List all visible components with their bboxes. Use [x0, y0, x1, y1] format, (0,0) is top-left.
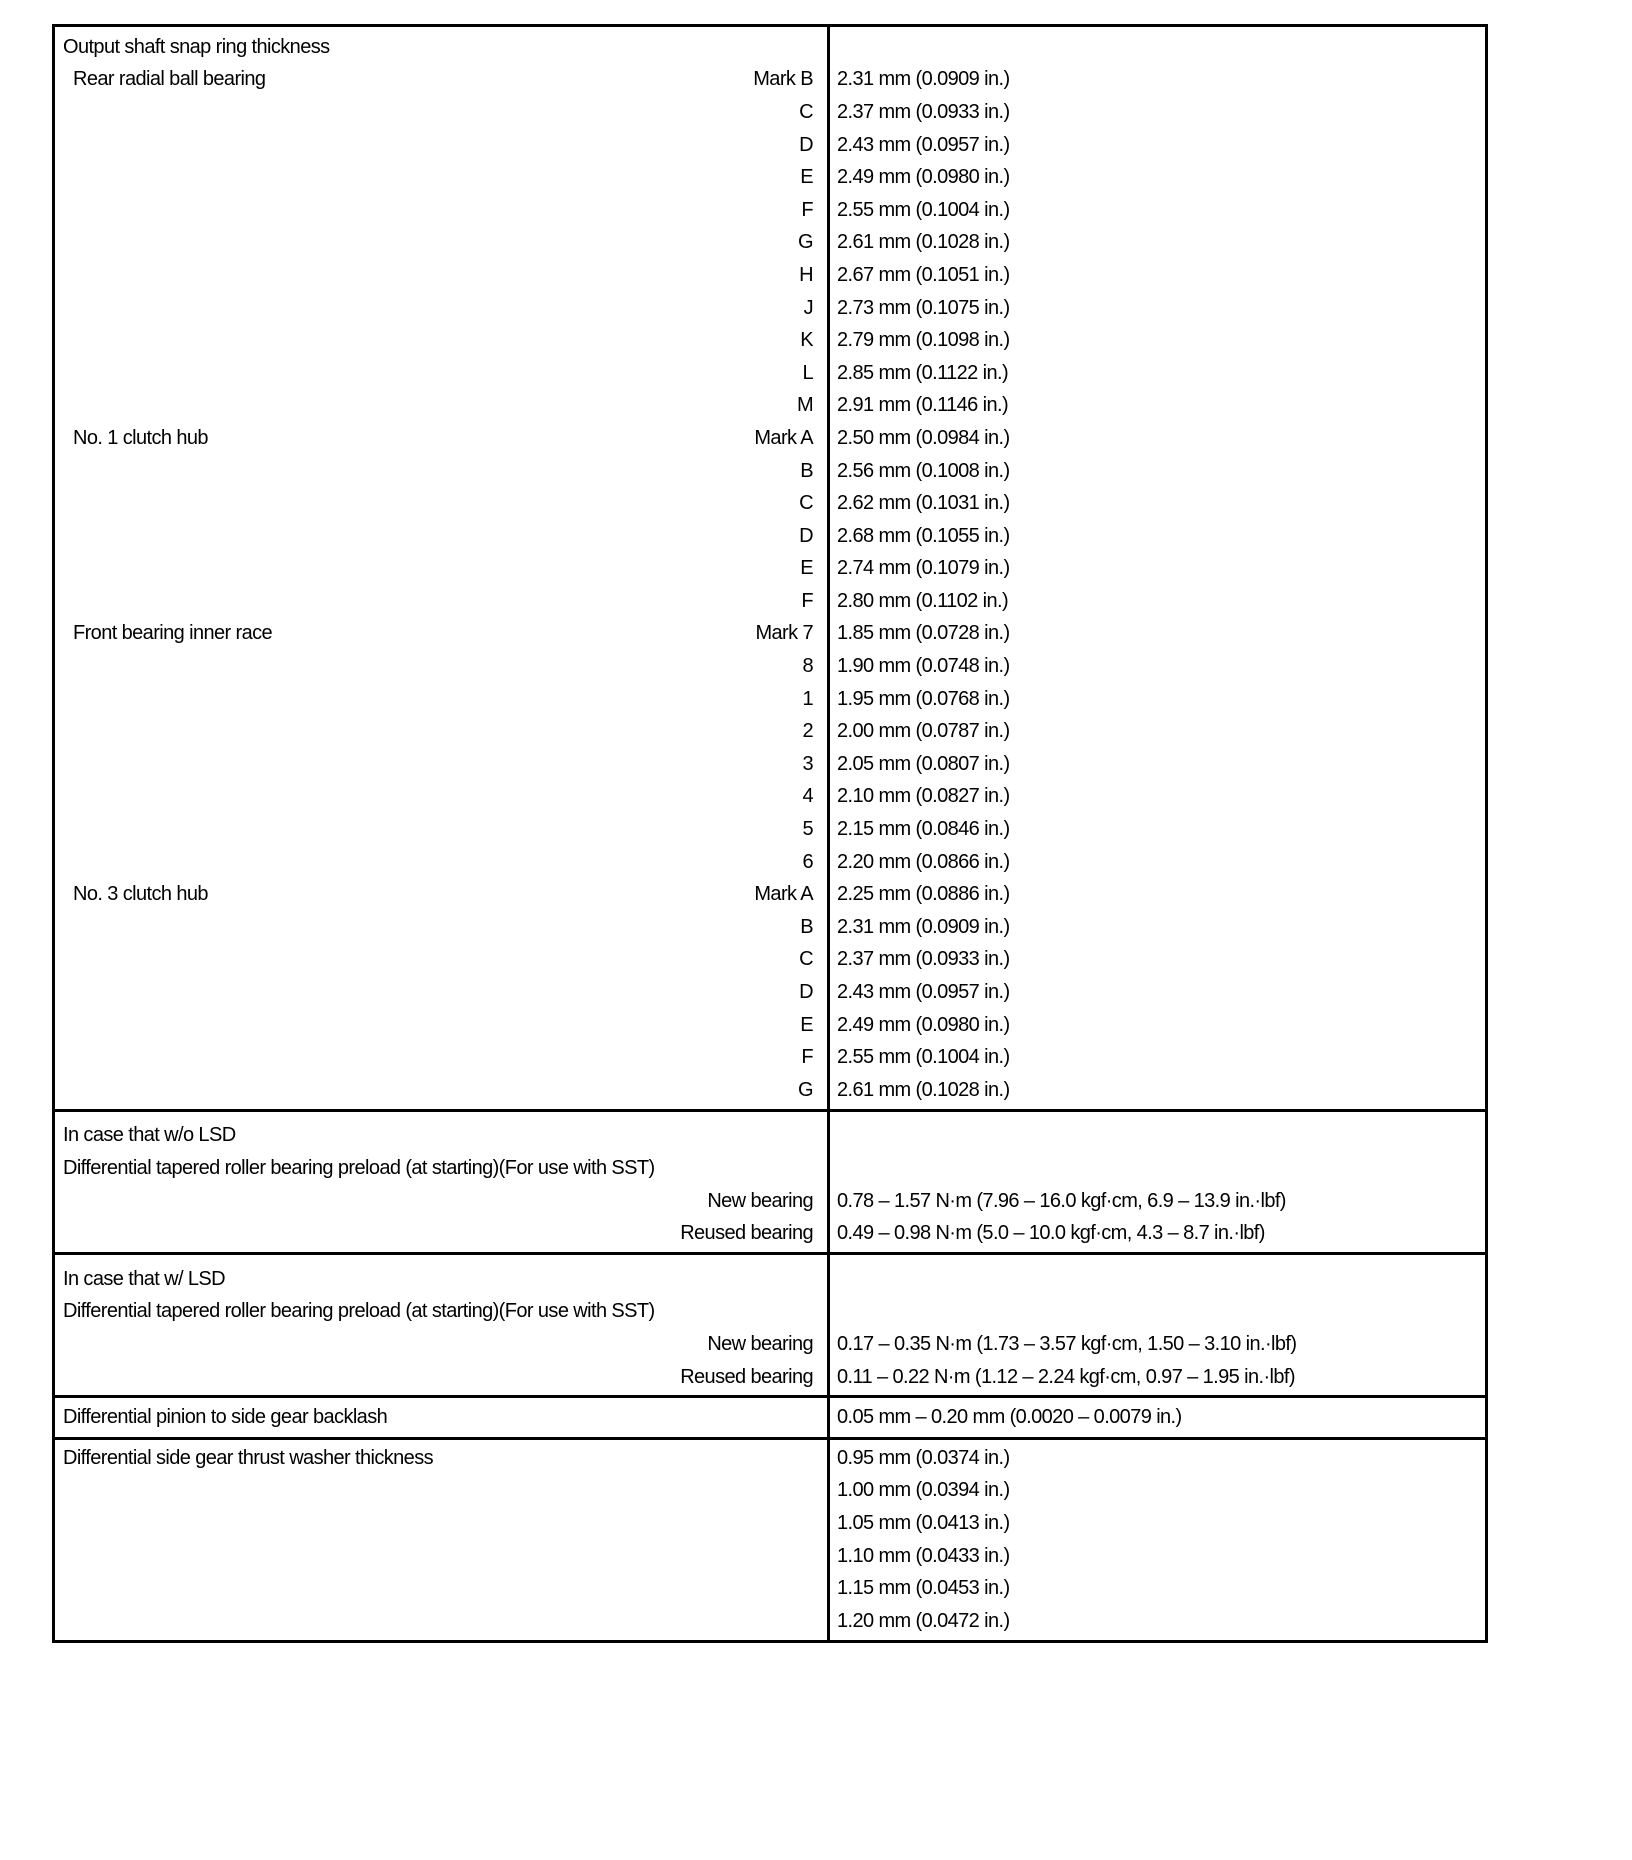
spec-item-cell: F	[55, 199, 827, 222]
table-row: 1.15 mm (0.0453 in.)	[55, 1572, 1485, 1605]
spec-mark: Mark 7	[755, 622, 813, 645]
spec-item-cell: Rear radial ball bearingMark B	[55, 68, 827, 91]
spec-mark: D	[799, 525, 813, 548]
spec-mark: Mark A	[754, 427, 813, 450]
table-row: Differential tapered roller bearing prel…	[55, 1152, 1485, 1185]
section-output-shaft-snap-ring: Output shaft snap ring thicknessRear rad…	[55, 27, 1485, 1109]
spec-item-cell: New bearing	[55, 1333, 827, 1356]
table-row: F2.80 mm (0.1102 in.)	[55, 585, 1485, 618]
table-row: G2.61 mm (0.1028 in.)	[55, 1074, 1485, 1107]
table-row: 1.00 mm (0.0394 in.)	[55, 1475, 1485, 1508]
spec-value: 1.05 mm (0.0413 in.)	[827, 1512, 1485, 1535]
spec-item-cell: M	[55, 394, 827, 417]
table-row: 1.20 mm (0.0472 in.)	[55, 1605, 1485, 1638]
spec-value: 2.91 mm (0.1146 in.)	[827, 394, 1485, 417]
section-preload-without-lsd: In case that w/o LSDDifferential tapered…	[55, 1109, 1485, 1252]
spec-item-cell: In case that w/o LSD	[55, 1124, 827, 1147]
spec-item-cell: E	[55, 557, 827, 580]
spec-value: 0.95 mm (0.0374 in.)	[827, 1447, 1485, 1470]
spec-value: 2.61 mm (0.1028 in.)	[827, 1079, 1485, 1102]
spec-item-cell: 5	[55, 818, 827, 841]
spec-item-cell: In case that w/ LSD	[55, 1268, 827, 1291]
spec-mark: E	[800, 557, 813, 580]
spec-value: 2.49 mm (0.0980 in.)	[827, 1014, 1485, 1037]
spec-item-cell: Output shaft snap ring thickness	[55, 36, 827, 59]
spec-mark: Mark B	[753, 68, 813, 91]
table-row: 62.20 mm (0.0866 in.)	[55, 846, 1485, 879]
spec-mark: Mark A	[754, 883, 813, 906]
section-preload-with-lsd: In case that w/ LSDDifferential tapered …	[55, 1252, 1485, 1395]
spec-mark: D	[799, 981, 813, 1004]
table-row: G2.61 mm (0.1028 in.)	[55, 227, 1485, 260]
spec-item-label: Rear radial ball bearing	[63, 68, 753, 91]
table-row: B2.56 mm (0.1008 in.)	[55, 455, 1485, 488]
spec-mark: 2	[802, 720, 813, 743]
spec-item-cell: C	[55, 948, 827, 971]
spec-value: 2.80 mm (0.1102 in.)	[827, 590, 1485, 613]
spec-value: 2.20 mm (0.0866 in.)	[827, 851, 1485, 874]
spec-value: 2.55 mm (0.1004 in.)	[827, 199, 1485, 222]
spec-value: 1.85 mm (0.0728 in.)	[827, 622, 1485, 645]
table-row: 52.15 mm (0.0846 in.)	[55, 813, 1485, 846]
spec-item-cell: New bearing	[55, 1190, 827, 1213]
spec-item-cell: B	[55, 916, 827, 939]
spec-item-label: Differential side gear thrust washer thi…	[63, 1447, 813, 1470]
spec-mark: F	[801, 1046, 813, 1069]
spec-value: 0.11 – 0.22 N·m (1.12 – 2.24 kgf·cm, 0.9…	[827, 1366, 1485, 1389]
table-row: D2.43 mm (0.0957 in.)	[55, 976, 1485, 1009]
spec-mark: 6	[802, 851, 813, 874]
spec-mark: E	[800, 1014, 813, 1037]
spec-item-cell: Front bearing inner raceMark 7	[55, 622, 827, 645]
spec-value: 1.10 mm (0.0433 in.)	[827, 1545, 1485, 1568]
table-row: Front bearing inner raceMark 71.85 mm (0…	[55, 618, 1485, 651]
table-row: E2.49 mm (0.0980 in.)	[55, 161, 1485, 194]
spec-value: 0.78 – 1.57 N·m (7.96 – 16.0 kgf·cm, 6.9…	[827, 1190, 1485, 1213]
spec-mark: G	[798, 1079, 813, 1102]
table-row: Reused bearing0.49 – 0.98 N·m (5.0 – 10.…	[55, 1217, 1485, 1250]
spec-value: 2.50 mm (0.0984 in.)	[827, 427, 1485, 450]
spec-value: 2.31 mm (0.0909 in.)	[827, 916, 1485, 939]
spec-item-cell: D	[55, 981, 827, 1004]
spec-item-cell: 8	[55, 655, 827, 678]
spec-mark: 8	[802, 655, 813, 678]
spec-value: 1.95 mm (0.0768 in.)	[827, 688, 1485, 711]
table-row: 1.05 mm (0.0413 in.)	[55, 1507, 1485, 1540]
spec-item-cell: C	[55, 101, 827, 124]
spec-mark: 3	[802, 753, 813, 776]
spec-value: 2.74 mm (0.1079 in.)	[827, 557, 1485, 580]
spec-mark: Reused bearing	[680, 1366, 813, 1389]
spec-item-label: Differential tapered roller bearing prel…	[63, 1300, 813, 1323]
spec-item-cell: 6	[55, 851, 827, 874]
spec-item-cell: F	[55, 1046, 827, 1069]
spec-item-cell: G	[55, 1079, 827, 1102]
table-row: J2.73 mm (0.1075 in.)	[55, 292, 1485, 325]
table-row: K2.79 mm (0.1098 in.)	[55, 324, 1485, 357]
spec-value: 2.62 mm (0.1031 in.)	[827, 492, 1485, 515]
spec-value: 2.49 mm (0.0980 in.)	[827, 166, 1485, 189]
spec-mark: L	[802, 362, 813, 385]
table-row: No. 3 clutch hubMark A2.25 mm (0.0886 in…	[55, 878, 1485, 911]
spec-mark: B	[800, 916, 813, 939]
spec-mark: F	[801, 199, 813, 222]
spec-value: 2.55 mm (0.1004 in.)	[827, 1046, 1485, 1069]
spec-item-cell: No. 3 clutch hubMark A	[55, 883, 827, 906]
spec-item-label: Differential pinion to side gear backlas…	[63, 1406, 813, 1429]
table-row: 1.10 mm (0.0433 in.)	[55, 1540, 1485, 1573]
spec-mark: K	[800, 329, 813, 352]
section-pinion-backlash: Differential pinion to side gear backlas…	[55, 1395, 1485, 1437]
table-row: Reused bearing0.11 – 0.22 N·m (1.12 – 2.…	[55, 1361, 1485, 1394]
spec-mark: C	[799, 101, 813, 124]
table-row: B2.31 mm (0.0909 in.)	[55, 911, 1485, 944]
spec-item-cell: 3	[55, 753, 827, 776]
spec-item-cell: Differential tapered roller bearing prel…	[55, 1300, 827, 1323]
spec-item-cell: Differential tapered roller bearing prel…	[55, 1157, 827, 1180]
spec-value: 0.49 – 0.98 N·m (5.0 – 10.0 kgf·cm, 4.3 …	[827, 1222, 1485, 1245]
table-row: 22.00 mm (0.0787 in.)	[55, 715, 1485, 748]
table-row: 32.05 mm (0.0807 in.)	[55, 748, 1485, 781]
table-row: F2.55 mm (0.1004 in.)	[55, 194, 1485, 227]
spec-item-label: Output shaft snap ring thickness	[63, 36, 813, 59]
spec-item-cell: Reused bearing	[55, 1366, 827, 1389]
spec-item-label: In case that w/o LSD	[63, 1124, 813, 1147]
spec-mark: 1	[802, 688, 813, 711]
spec-value: 2.79 mm (0.1098 in.)	[827, 329, 1485, 352]
spec-value: 2.43 mm (0.0957 in.)	[827, 981, 1485, 1004]
table-row: F2.55 mm (0.1004 in.)	[55, 1041, 1485, 1074]
table-row: Output shaft snap ring thickness	[55, 31, 1485, 64]
table-row: E2.74 mm (0.1079 in.)	[55, 553, 1485, 586]
spec-mark: D	[799, 134, 813, 157]
spec-value: 2.43 mm (0.0957 in.)	[827, 134, 1485, 157]
spec-item-cell: G	[55, 231, 827, 254]
spec-mark: F	[801, 590, 813, 613]
table-row: Differential tapered roller bearing prel…	[55, 1296, 1485, 1329]
spec-value: 0.17 – 0.35 N·m (1.73 – 3.57 kgf·cm, 1.5…	[827, 1333, 1485, 1356]
table-row: L2.85 mm (0.1122 in.)	[55, 357, 1485, 390]
spec-value: 2.00 mm (0.0787 in.)	[827, 720, 1485, 743]
spec-item-cell: H	[55, 264, 827, 287]
spec-value: 1.20 mm (0.0472 in.)	[827, 1610, 1485, 1633]
spec-item-label: In case that w/ LSD	[63, 1268, 813, 1291]
spec-value: 0.05 mm – 0.20 mm (0.0020 – 0.0079 in.)	[827, 1406, 1485, 1429]
table-row: 42.10 mm (0.0827 in.)	[55, 781, 1485, 814]
spec-mark: C	[799, 492, 813, 515]
spec-value: 2.37 mm (0.0933 in.)	[827, 948, 1485, 971]
spec-mark: H	[799, 264, 813, 287]
spec-item-cell: D	[55, 525, 827, 548]
spec-item-cell: Reused bearing	[55, 1222, 827, 1245]
table-row: New bearing0.17 – 0.35 N·m (1.73 – 3.57 …	[55, 1328, 1485, 1361]
spec-value: 2.25 mm (0.0886 in.)	[827, 883, 1485, 906]
spec-item-cell: Differential pinion to side gear backlas…	[55, 1406, 827, 1429]
spec-mark: J	[804, 297, 813, 320]
table-row: H2.67 mm (0.1051 in.)	[55, 259, 1485, 292]
spec-item-cell: Differential side gear thrust washer thi…	[55, 1447, 827, 1470]
spec-mark: Reused bearing	[680, 1222, 813, 1245]
spec-item-cell: 2	[55, 720, 827, 743]
table-row: C2.37 mm (0.0933 in.)	[55, 96, 1485, 129]
table-row: E2.49 mm (0.0980 in.)	[55, 1009, 1485, 1042]
table-row: D2.43 mm (0.0957 in.)	[55, 129, 1485, 162]
spec-value: 2.61 mm (0.1028 in.)	[827, 231, 1485, 254]
table-row: 81.90 mm (0.0748 in.)	[55, 650, 1485, 683]
spec-item-cell: J	[55, 297, 827, 320]
table-row: Differential pinion to side gear backlas…	[55, 1401, 1485, 1434]
table-row: C2.37 mm (0.0933 in.)	[55, 944, 1485, 977]
spec-mark: B	[800, 460, 813, 483]
spec-item-label: Front bearing inner race	[63, 622, 755, 645]
spec-mark: C	[799, 948, 813, 971]
spec-value: 2.31 mm (0.0909 in.)	[827, 68, 1485, 91]
spec-value: 2.68 mm (0.1055 in.)	[827, 525, 1485, 548]
spec-item-cell: K	[55, 329, 827, 352]
spec-value: 2.85 mm (0.1122 in.)	[827, 362, 1485, 385]
table-row: 11.95 mm (0.0768 in.)	[55, 683, 1485, 716]
spec-mark: E	[800, 166, 813, 189]
table-row: No. 1 clutch hubMark A2.50 mm (0.0984 in…	[55, 422, 1485, 455]
spec-item-cell: E	[55, 1014, 827, 1037]
spec-mark: 5	[802, 818, 813, 841]
section-thrust-washer-thickness: Differential side gear thrust washer thi…	[55, 1437, 1485, 1640]
table-row: M2.91 mm (0.1146 in.)	[55, 390, 1485, 423]
spec-value: 2.15 mm (0.0846 in.)	[827, 818, 1485, 841]
spec-item-label: No. 3 clutch hub	[63, 883, 754, 906]
spec-item-label: No. 1 clutch hub	[63, 427, 754, 450]
spec-item-cell: D	[55, 134, 827, 157]
table-row: Rear radial ball bearingMark B2.31 mm (0…	[55, 64, 1485, 97]
spec-value: 2.10 mm (0.0827 in.)	[827, 785, 1485, 808]
table-row: Differential side gear thrust washer thi…	[55, 1442, 1485, 1475]
spec-value: 2.56 mm (0.1008 in.)	[827, 460, 1485, 483]
table-row: D2.68 mm (0.1055 in.)	[55, 520, 1485, 553]
spec-value: 1.00 mm (0.0394 in.)	[827, 1479, 1485, 1502]
table-row: C2.62 mm (0.1031 in.)	[55, 487, 1485, 520]
table-row: New bearing0.78 – 1.57 N·m (7.96 – 16.0 …	[55, 1185, 1485, 1218]
spec-item-cell: C	[55, 492, 827, 515]
spec-item-cell: F	[55, 590, 827, 613]
table-row: In case that w/ LSD	[55, 1263, 1485, 1296]
spec-item-cell: 1	[55, 688, 827, 711]
spec-item-label: Differential tapered roller bearing prel…	[63, 1157, 813, 1180]
spec-value: 1.15 mm (0.0453 in.)	[827, 1577, 1485, 1600]
spec-value: 2.37 mm (0.0933 in.)	[827, 101, 1485, 124]
spec-mark: New bearing	[707, 1333, 813, 1356]
spec-value: 2.05 mm (0.0807 in.)	[827, 753, 1485, 776]
spec-item-cell: E	[55, 166, 827, 189]
spec-table: Output shaft snap ring thicknessRear rad…	[52, 24, 1488, 1643]
table-row: In case that w/o LSD	[55, 1120, 1485, 1153]
spec-value: 2.67 mm (0.1051 in.)	[827, 264, 1485, 287]
spec-mark: G	[798, 231, 813, 254]
spec-mark: 4	[802, 785, 813, 808]
spec-item-cell: L	[55, 362, 827, 385]
spec-item-cell: B	[55, 460, 827, 483]
spec-item-cell: 4	[55, 785, 827, 808]
spec-value: 2.73 mm (0.1075 in.)	[827, 297, 1485, 320]
spec-item-cell: No. 1 clutch hubMark A	[55, 427, 827, 450]
spec-value: 1.90 mm (0.0748 in.)	[827, 655, 1485, 678]
spec-mark: M	[797, 394, 813, 417]
spec-mark: New bearing	[707, 1190, 813, 1213]
